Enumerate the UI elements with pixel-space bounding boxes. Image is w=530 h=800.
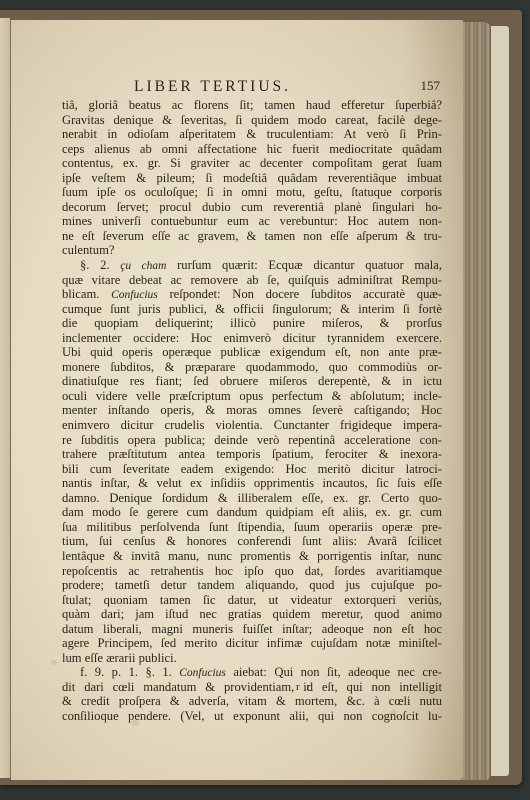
line-text: conſilioque pendere. (Vel, ut exponunt a… [62,709,442,723]
text-line: lum eſſe ærarii publici. [62,651,442,666]
text-line: lentâque & invitâ manu, nunc promentis &… [62,549,442,564]
line-text-rest: aiebat: Qui non ſit, adeoque nec cre- [226,665,442,679]
line-text: lum eſſe ærarii publici. [62,651,177,665]
line-text: decorum ſervet; procul dubio cum reveren… [62,200,442,214]
facing-page-edge [0,18,11,778]
running-head: LIBER TERTIUS. 157 [62,78,442,96]
text-line: quàm dari; jam iſtud nec gratias quidem … [62,607,442,622]
text-line: agere Principem, ſed merito dicitur infi… [62,636,442,651]
line-text: nerabit in odioſam aſperitatem & trucule… [62,127,442,141]
line-text: ſua militibus perſolvenda ſunt ſtipendia… [62,520,442,534]
text-line: f. 9. p. 1. §. 1. Confucius aiebat: Qui … [62,665,442,680]
text-line: repoſcentis ac retrahentis hoc ipſo quo … [62,564,442,579]
text-line: enimvero dicitur crudelis violentia. Cun… [62,418,442,433]
line-text: Ubi quid operis operæque publicæ exigend… [62,345,442,359]
text-line: ipſe veſtem & pileum; ſi modeſtiâ quâdam… [62,171,442,186]
text-line: & credit proſpera & adverſa, vitam & mor… [62,694,442,709]
text-line: inclementer occidere: Hoc enimverò dicit… [62,331,442,346]
page-number: 157 [421,78,441,94]
line-text: blicam. [62,287,111,301]
line-text: nantis inſtar, & velut ex inſidiis oppri… [62,476,442,490]
line-text: agere Principem, ſed merito dicitur infi… [62,636,442,650]
line-text: inclementer occidere: Hoc enimverò dicit… [62,331,442,345]
line-text: tium, ſui cenſus & honores conferendi ſu… [62,534,442,548]
text-line: ſtulat; quoniam tamen ſic datur, ut vide… [62,593,442,608]
text-line: Gravitas denique & ſeveritas, ſi quidem … [62,113,442,128]
italic-name: çu cham [120,260,166,272]
text-line: decorum ſervet; procul dubio cum reveren… [62,200,442,215]
line-text: damno. Denique ſordidum & illiberalem eſ… [62,491,442,505]
text-line: dinatiuſque res fiant; ſed obruere miſer… [62,374,442,389]
line-text: contentus, ex. gr. Si graviter ac decent… [62,156,442,170]
line-text: ne eſt ſeverum eſſe ac gravem, & tamen n… [62,229,442,243]
line-text: trahere præſtitutum antea temporis ſpati… [62,447,442,461]
back-cover-board [491,26,509,776]
text-line: ne eſt ſeverum eſſe ac gravem, & tamen n… [62,229,442,244]
text-line: culentum? [62,243,442,258]
line-text: datum liberali, magni muneris fuiſſet in… [62,622,442,636]
line-text: quàm dari; jam iſtud nec gratias quidem … [62,607,442,621]
italic-name: Confucius [111,289,158,301]
text-line: re ſubditis opera publica; deinde verò r… [62,433,442,448]
line-text: ipſe veſtem & pileum; ſi modeſtiâ quâdam… [62,171,442,185]
text-line: quæ vitare debeat ac removere ab ſe, qui… [62,273,442,288]
line-text: quæ vitare debeat ac removere ab ſe, qui… [62,273,442,287]
text-line: dit dari cœli mandatum & providentiam, i… [62,680,442,695]
text-line: menter inſtando operis, & moras omnes ſe… [62,403,442,418]
line-text: ſtulat; quoniam tamen ſic datur, ut vide… [62,593,442,607]
text-line: conſilioque pendere. (Vel, ut exponunt a… [62,709,442,724]
line-text: ceps alienus ab omni affectatione hic fu… [62,142,442,156]
text-line: oculi videre velle præſcriptum opus perf… [62,389,442,404]
italic-name: Confucius [179,667,226,679]
line-text: enimvero dicitur crudelis violentia. Cun… [62,418,442,432]
line-text-rest: reſpondet: Non docere ſubditos accuratè … [158,287,442,301]
text-line: monere ſubditos, & præparare quodammodo,… [62,360,442,375]
text-line: cumque ſunt juris publici, & officii ſin… [62,302,442,317]
text-line: datum liberali, magni muneris fuiſſet in… [62,622,442,637]
text-line: ſua militibus perſolvenda ſunt ſtipendia… [62,520,442,535]
text-line: tiâ, gloriâ beatus ac florens ſit; tamen… [62,98,442,113]
line-text: prodere; tametſi detur tandem aliquando,… [62,578,442,592]
text-line: die quopiam deliquerint; illicò punire m… [62,316,442,331]
text-line: bili cum ſeveritate eadem exigendo: Hoc … [62,462,442,477]
text-line: dam modo ſe gerere cum dandum quidpiam e… [62,505,442,520]
line-text: mines univerſi contuebuntur eum ac vereb… [62,214,442,228]
text-line: §. 2. çu cham rurſum quærit: Ecquæ dican… [62,258,442,273]
line-text: bili cum ſeveritate eadem exigendo: Hoc … [62,462,442,476]
text-lines: tiâ, gloriâ beatus ac florens ſit; tamen… [62,98,442,724]
line-text: dam modo ſe gerere cum dandum quidpiam e… [62,505,442,519]
line-text: f. 9. p. 1. §. 1. [80,665,179,679]
line-text: & credit proſpera & adverſa, vitam & mor… [62,694,442,708]
running-title: LIBER TERTIUS. [134,78,291,96]
text-line: ceps alienus ab omni affectatione hic fu… [62,142,442,157]
line-text: §. 2. [80,258,120,272]
signature-mark: r r [296,681,312,693]
line-text: oculi videre velle præſcriptum opus perf… [62,389,442,403]
line-text: monere ſubditos, & præparare quodammodo,… [62,360,442,374]
text-line: damno. Denique ſordidum & illiberalem eſ… [62,491,442,506]
text-line: nerabit in odioſam aſperitatem & trucule… [62,127,442,142]
line-text: repoſcentis ac retrahentis hoc ipſo quo … [62,564,442,578]
foxing-spot [51,660,57,665]
text-line: contentus, ex. gr. Si graviter ac decent… [62,156,442,171]
line-text: dit dari cœli mandatum & providentiam, i… [62,680,442,694]
line-text: dinatiuſque res fiant; ſed obruere miſer… [62,374,442,388]
text-line: blicam. Confucius reſpondet: Non docere … [62,287,442,302]
text-line: Ubi quid operis operæque publicæ exigend… [62,345,442,360]
line-text: re ſubditis opera publica; deinde verò r… [62,433,442,447]
line-text: lentâque & invitâ manu, nunc promentis &… [62,549,442,563]
text-line: tium, ſui cenſus & honores conferendi ſu… [62,534,442,549]
line-text: ſuum ipſe os oculoſque; ſi in omni motu,… [62,185,442,199]
text-line: nantis inſtar, & velut ex inſidiis oppri… [62,476,442,491]
text-line: ſuum ipſe os oculoſque; ſi in omni motu,… [62,185,442,200]
line-text: die quopiam deliquerint; illicò punire m… [62,316,442,330]
line-text: menter inſtando operis, & moras omnes ſe… [62,403,442,417]
line-text: Gravitas denique & ſeveritas, ſi quidem … [62,113,442,127]
line-text: culentum? [62,243,114,257]
line-text-rest: rurſum quærit: Ecquæ dicantur quatuor ma… [166,258,442,272]
line-text: tiâ, gloriâ beatus ac florens ſit; tamen… [62,98,442,112]
text-line: mines univerſi contuebuntur eum ac vereb… [62,214,442,229]
line-text: cumque ſunt juris publici, & officii ſin… [62,302,442,316]
text-line: trahere præſtitutum antea temporis ſpati… [62,447,442,462]
text-line: prodere; tametſi detur tandem aliquando,… [62,578,442,593]
